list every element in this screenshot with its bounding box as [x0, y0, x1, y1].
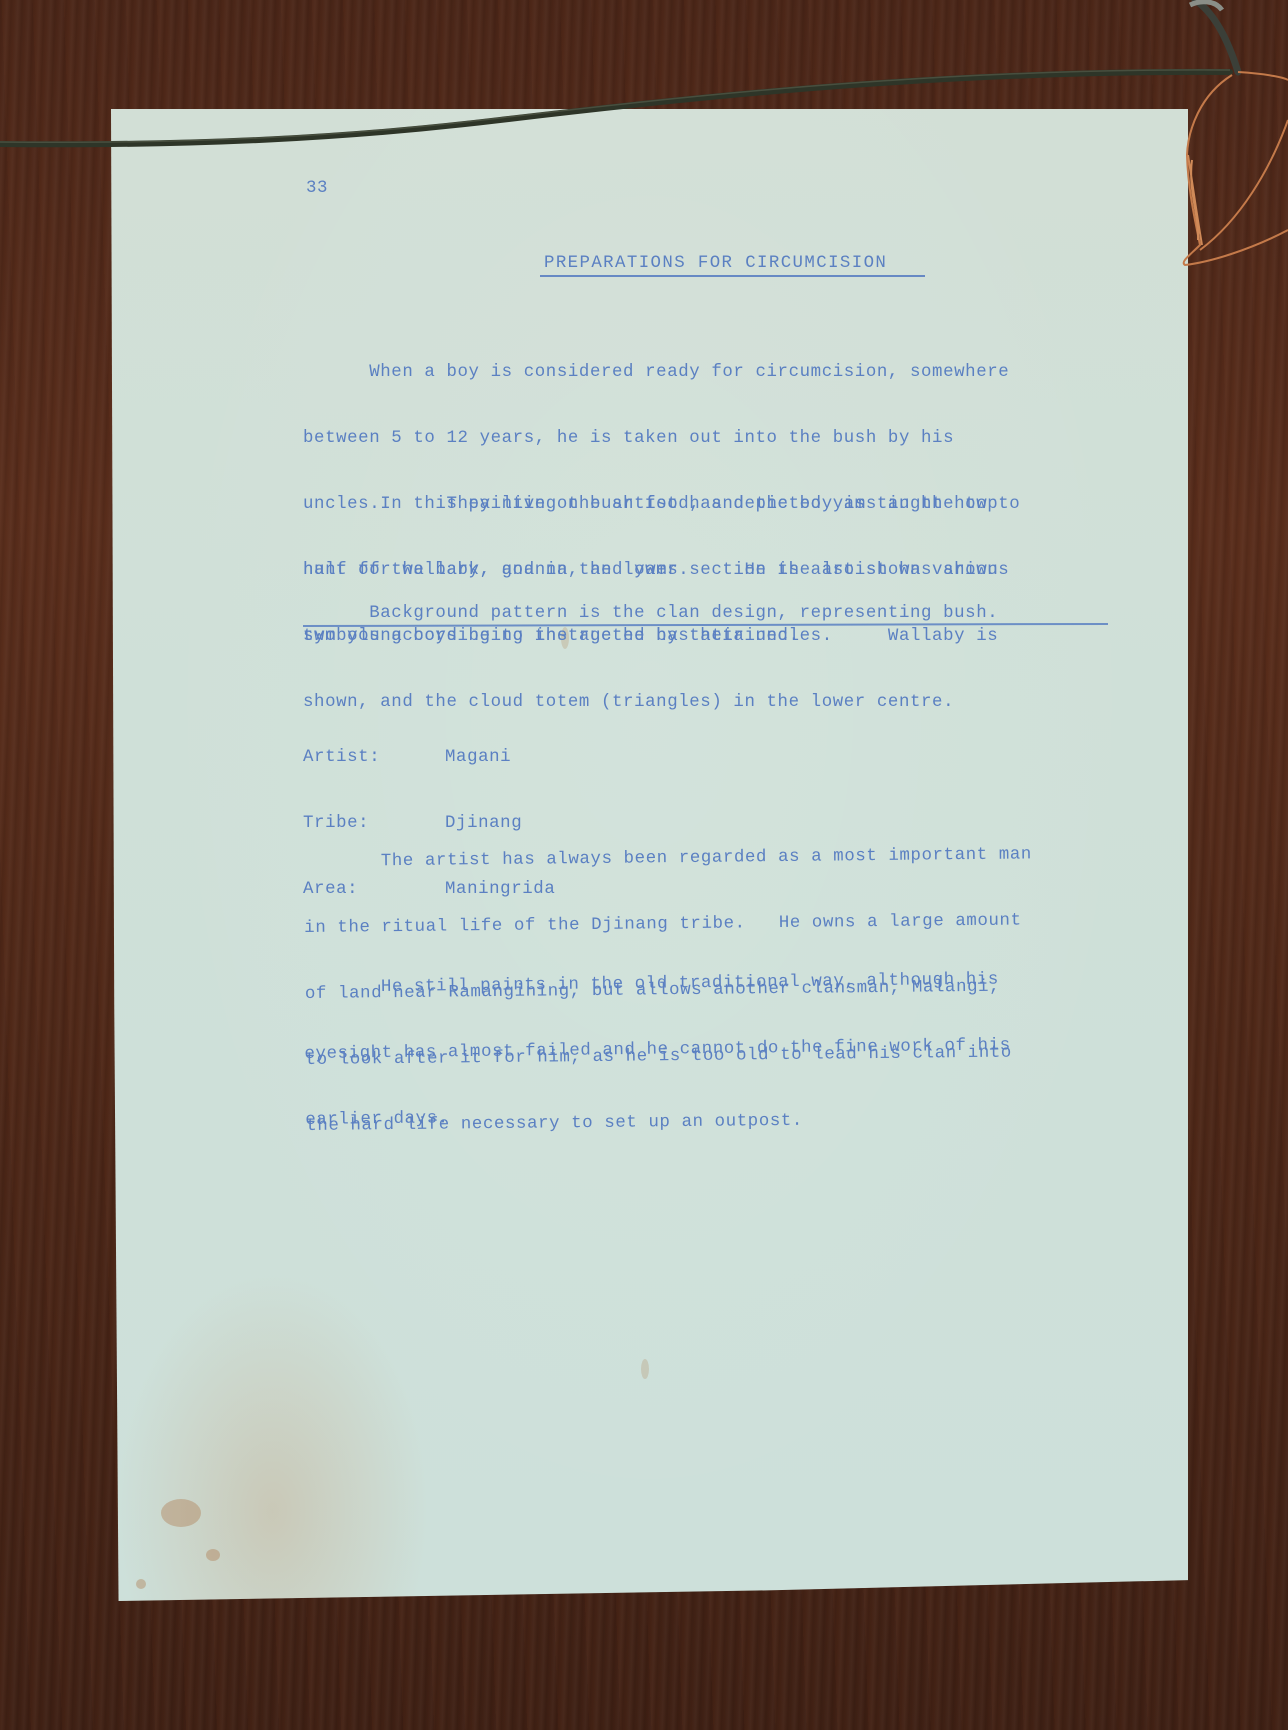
artist-row: Artist:Magani: [303, 747, 555, 769]
text-line: Background pattern is the clan design, r…: [303, 603, 998, 625]
paragraph-background-pattern: Background pattern is the clan design, r…: [303, 559, 998, 647]
foxing-stain: [136, 1579, 146, 1589]
text-line: The artist has always been regarded as a…: [303, 844, 1032, 874]
title-underline: [540, 275, 925, 277]
foxing-stain: [641, 1359, 649, 1379]
text-line: He still paints in the old traditional w…: [304, 969, 1011, 1000]
document-title: PREPARATIONS FOR CIRCUMCISION: [544, 253, 887, 275]
artist-label: Artist:: [303, 747, 445, 769]
text-line: earlier days.: [305, 1101, 1012, 1132]
text-line: between 5 to 12 years, he is taken out i…: [303, 428, 1020, 450]
text-line: In this painting the artist has depicted…: [303, 494, 998, 516]
paragraph-artist-eyesight: He still paints in the old traditional w…: [303, 925, 1012, 1154]
text-line: When a boy is considered ready for circu…: [303, 362, 1020, 384]
text-line: eyesight has almost failed and he cannot…: [304, 1035, 1011, 1066]
foxing-stain: [161, 1499, 201, 1527]
foxing-stain: [206, 1549, 220, 1561]
artist-value: Magani: [445, 748, 511, 767]
page-number: 33: [306, 178, 328, 200]
